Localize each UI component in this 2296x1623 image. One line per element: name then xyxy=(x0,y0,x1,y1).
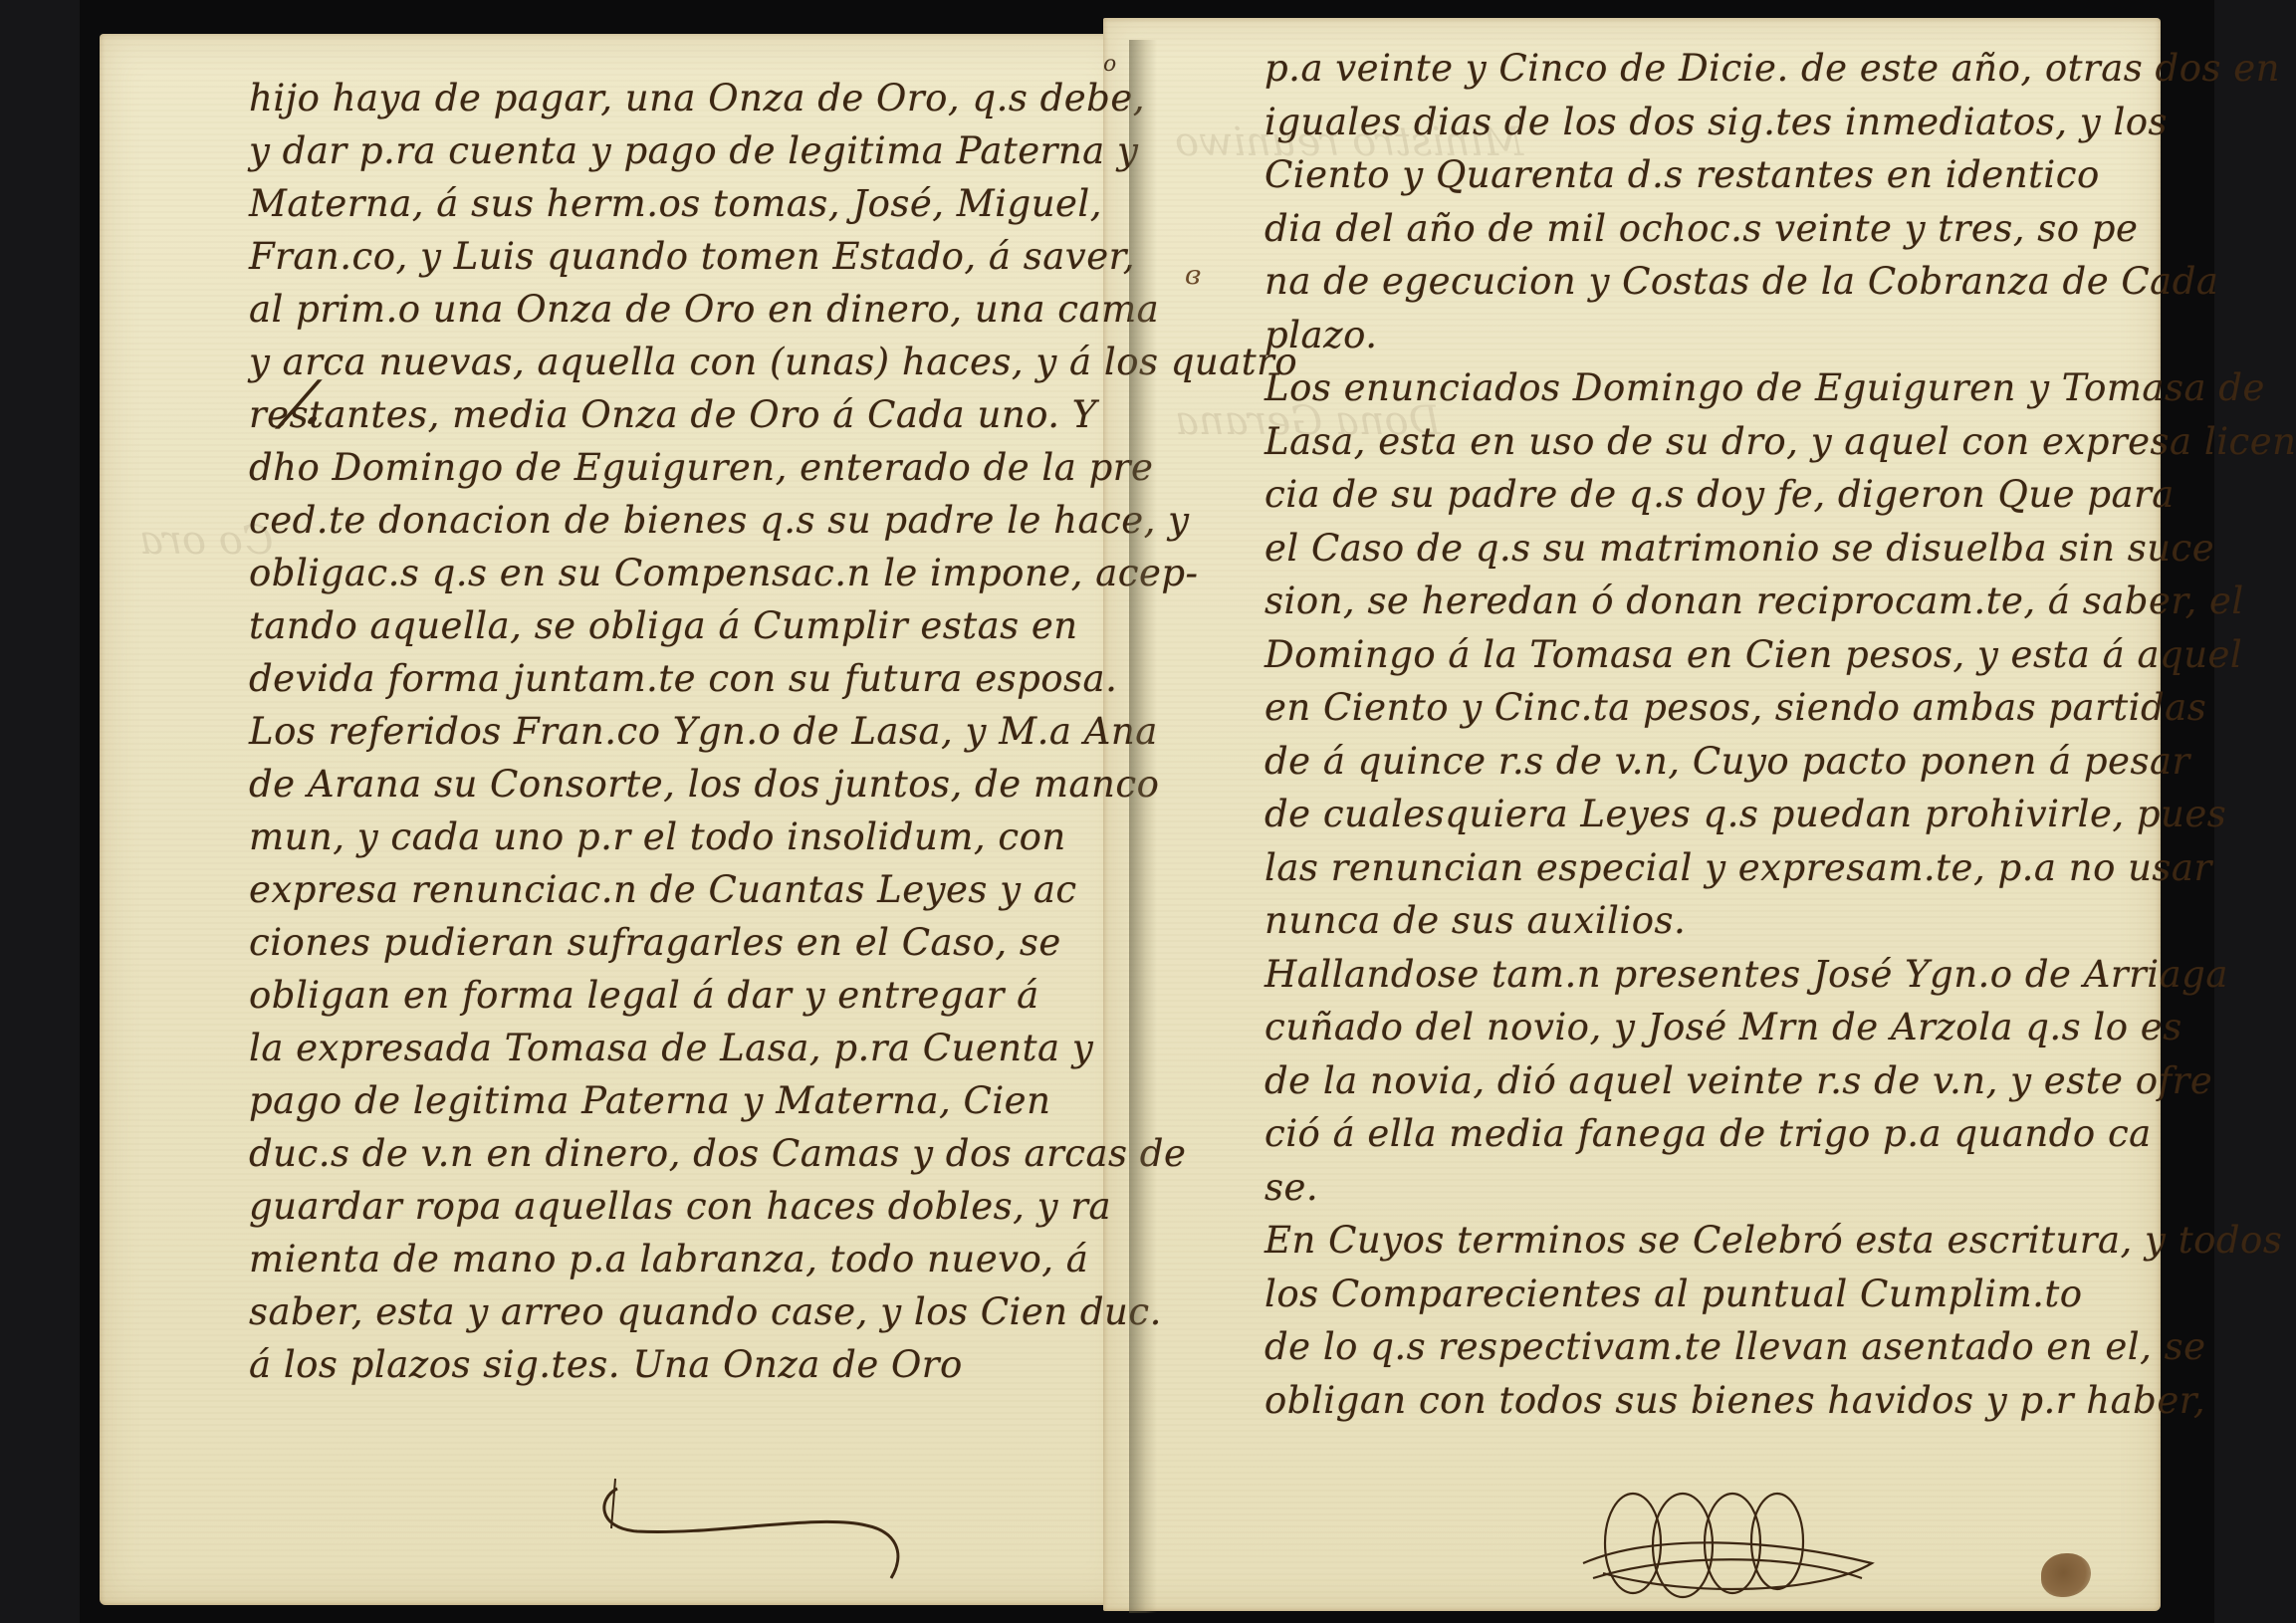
manuscript-line: iguales dias de los dos sig.tes inmediat… xyxy=(1264,96,2296,149)
manuscript-line: plazo. xyxy=(1264,309,2296,362)
closing-flourish-icon xyxy=(577,1474,956,1583)
manuscript-line: obligan con todos sus bienes havidos y p… xyxy=(1264,1374,2296,1428)
manuscript-line: En Cuyos terminos se Celebró esta escrit… xyxy=(1264,1214,2296,1268)
book-spine-gutter xyxy=(1129,40,1157,1613)
manuscript-line: de cualesquiera Leyes q.s puedan prohivi… xyxy=(1264,788,2296,841)
manuscript-line: dia del año de mil ochoc.s veinte y tres… xyxy=(1264,202,2296,256)
manuscript-line: p.a veinte y Cinco de Dicie. de este año… xyxy=(1264,42,2296,96)
manuscript-line: Domingo á la Tomasa en Cien pesos, y est… xyxy=(1264,628,2296,682)
manuscript-line: Ciento y Quarenta d.s restantes en ident… xyxy=(1264,148,2296,202)
manuscript-line: de lo q.s respectivam.te llevan asentado… xyxy=(1264,1320,2296,1374)
manuscript-line: cuñado del novio, y José Mrn de Arzola q… xyxy=(1264,1001,2296,1054)
manuscript-line: cia de su padre de q.s doy fe, digeron Q… xyxy=(1264,468,2296,522)
signature-rubric-icon xyxy=(1573,1484,1892,1613)
manuscript-line: en Ciento y Cinc.ta pesos, siendo ambas … xyxy=(1264,681,2296,735)
right-page-text: p.a veinte y Cinco de Dicie. de este año… xyxy=(1264,42,2296,1427)
manuscript-line: sion, se heredan ó donan reciprocam.te, … xyxy=(1264,575,2296,628)
manuscript-line: nunca de sus auxilios. xyxy=(1264,894,2296,948)
manuscript-line: de la novia, dió aquel veinte r.s de v.n… xyxy=(1264,1054,2296,1108)
ink-spot-mark: ɞ xyxy=(1185,261,1201,291)
manuscript-line: el Caso de q.s su matrimonio se disuelba… xyxy=(1264,522,2296,576)
manuscript-line: se. xyxy=(1264,1161,2296,1215)
manuscript-line: ció á ella media fanega de trigo p.a qua… xyxy=(1264,1107,2296,1161)
manuscript-line: Hallandose tam.n presentes José Ygn.o de… xyxy=(1264,948,2296,1002)
manuscript-line: de á quince r.s de v.n, Cuyo pacto ponen… xyxy=(1264,735,2296,789)
manuscript-line: na de egecucion y Costas de la Cobranza … xyxy=(1264,255,2296,309)
manuscript-line: las renuncian especial y expresam.te, p.… xyxy=(1264,841,2296,895)
manuscript-line: Lasa, esta en uso de su dro, y aquel con… xyxy=(1264,415,2296,469)
folio-number-fragment: o xyxy=(1103,52,1116,77)
scan-border-left xyxy=(0,0,80,1623)
scan-stage: Ministro reuniwo Dona Gerana Co ora hijo… xyxy=(0,0,2296,1623)
manuscript-line: los Comparecientes al puntual Cumplim.to xyxy=(1264,1268,2296,1321)
manuscript-line: Los enunciados Domingo de Eguiguren y To… xyxy=(1264,361,2296,415)
